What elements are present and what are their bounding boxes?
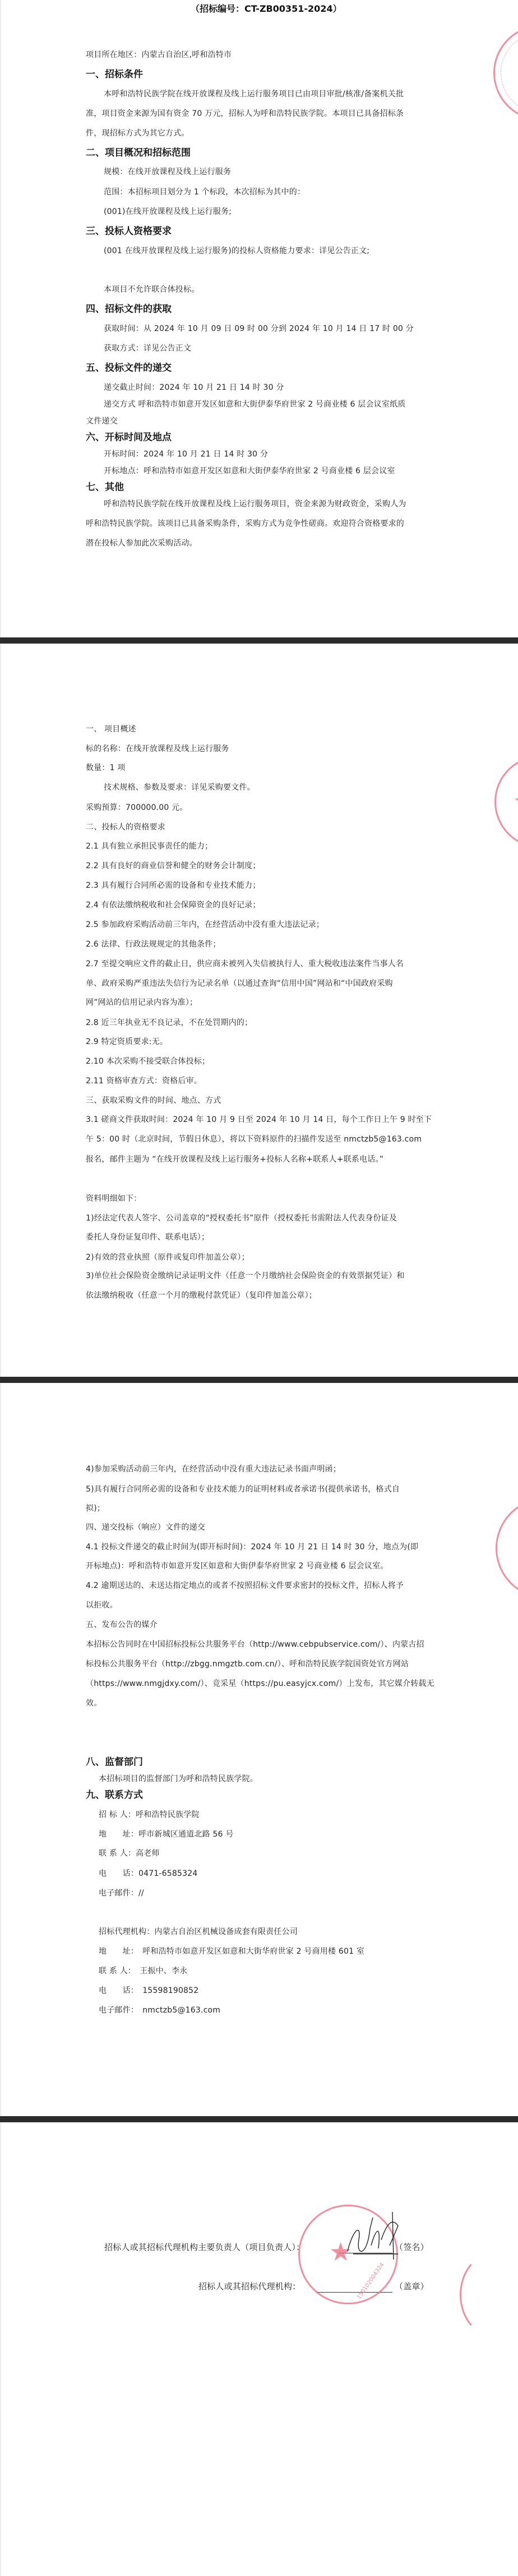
section-heading-other: 七、其他 xyxy=(86,481,124,493)
official-seal-icon xyxy=(496,1498,518,1599)
quantity: 数量：1 项 xyxy=(86,763,126,773)
material-item: 3)单位社会保险资金缴纳记录证明文件（任意一个月缴纳社会保险资金的有效票据凭证）… xyxy=(86,1271,405,1281)
obtain-time: 获取时间：从 2024 年 10 月 09 日 09 时 00 分到 2024 … xyxy=(104,324,414,334)
paragraph-line: 呼和浩特民族学院。该项目已具备采购条件，采购方式为竞争性磋商。欢迎符合资格要求的 xyxy=(86,519,404,529)
opening-time: 开标时间：2024 年 10 月 21 日 14 时 30 分 xyxy=(104,449,268,459)
qualification-item: 2.4 有依法缴纳税收和社会保障资金的良好记录； xyxy=(86,900,261,910)
section-heading-qualifications: 二、投标人的资格要求 xyxy=(86,822,165,832)
material-item-cont: 依法缴纳税收（任意一个月的缴税付款凭证）（复印件加盖公章）； xyxy=(86,1291,317,1301)
paragraph-line: （https://www.nmgjdxy.com/）、竞采星（https://p… xyxy=(86,1679,434,1689)
paragraph-line: 潜在投标人参加此次采购活动。 xyxy=(86,538,197,548)
qualification-item: 2.8 近三年执业无不良记录，不在处罚期内的； xyxy=(86,1018,252,1028)
section-heading-obtain-documents: 四、招标文件的获取 xyxy=(86,303,172,315)
paragraph-line: 准，项目资金来源为国有资金 70 万元，招标人为呼和浩特民族学院。本项目已具备招… xyxy=(86,109,404,119)
qualification-item: 2.7 至提交响应文件的截止日，供应商未被列入失信被执行人、重大税收违法案件当事… xyxy=(86,959,404,969)
submission-method-cont: 文件递交 xyxy=(86,416,118,426)
qualification-item: 2.3 具有履行合同所必需的设备和专业技术能力； xyxy=(86,881,261,891)
material-item: 4)参加采购活动前三年内，在经营活动中没有重大违法记录书面声明函； xyxy=(86,1464,341,1474)
tenderer-name: 招 标 人：呼和浩特民族学院 xyxy=(99,1810,200,1820)
submission-method: 递交方式 呼和浩特市如意开发区如意和大街伊泰华府世家 2 号商业楼 6 层会议室… xyxy=(104,399,405,409)
document-page-2: 一、 项目概述 标的名称：在线开放课程及线上运行服务 数量：1 项 技术规格、参… xyxy=(0,644,518,1377)
paragraph-line: 件，现招标方式为其它方式。 xyxy=(86,128,189,138)
paragraph-line: 以拒收。 xyxy=(86,1600,118,1610)
paragraph-line: 报名，邮件主题为 “在线开放课程及线上运行服务+投标人名称+联系人+联系电话。” xyxy=(86,1154,383,1164)
page-divider xyxy=(0,637,518,644)
project-lot: (001)在线开放课程及线上运行服务; xyxy=(104,207,232,217)
materials-heading: 资料明细如下： xyxy=(86,1194,141,1204)
qualification-item: 2.1 具有独立承担民事责任的能力； xyxy=(86,841,212,851)
submission-deadline: 递交截止时间：2024 年 10 月 21 日 14 时 30 分 xyxy=(104,383,284,393)
section-heading-opening: 六、开标时间及地点 xyxy=(86,431,172,444)
section-heading-bidder-qualification: 三、投标人资格要求 xyxy=(86,225,172,237)
agency-name: 招标代理机构：内蒙古自治区机械设备成套有限责任公司 xyxy=(99,1927,298,1937)
qualification-item: 2.10 本次采购不接受联合体投标； xyxy=(86,1056,210,1066)
document-page-1: （招标编号：CT-ZB00351-2024） 项目所在地区：内蒙古自治区,呼和浩… xyxy=(0,0,518,637)
paragraph-line: 午 5：00 时（北京时间，节假日休息），将以下资料原件的扫描件发送至 nmct… xyxy=(86,1134,422,1144)
paragraph-line: 本招标公告同时在中国招标投标公共服务平台（http://www.cebpubse… xyxy=(86,1639,424,1650)
tenderer-email: 电子邮件：// xyxy=(99,1888,144,1898)
official-seal-icon xyxy=(460,2253,518,2337)
qualification-item: 2.6 法律、行政法规规定的其他条件； xyxy=(86,939,221,949)
agency-email: 电子邮件： nmctzb5@163.com xyxy=(99,2005,220,2015)
consortium-note: 本项目不允许联合体投标。 xyxy=(104,285,199,295)
paragraph-line: 标投标公共服务平台（http://zbgg.nmgztb.com.cn/）、呼和… xyxy=(86,1659,409,1669)
material-item: 5)具有履行合同所必需的设备和专业技术能力的证明材料或者承诺书(提供承诺书，格式… xyxy=(86,1484,400,1494)
agency-contact: 联 系 人： 王振中、李永 xyxy=(99,1966,188,1976)
document-page-3: 4)参加采购活动前三年内，在经营活动中没有重大违法记录书面声明函； 5)具有履行… xyxy=(0,1383,518,2116)
supervision-text: 本招标项目的监督部门为呼和浩特民族学院。 xyxy=(99,1774,258,1784)
section-heading-submission: 五、投标文件的递交 xyxy=(86,362,172,374)
qualification-item: 2.11 资格审查方式：资格后审。 xyxy=(86,1076,202,1086)
section-heading-obtain-procurement: 三、获取采购文件的时间、地点、方式 xyxy=(86,1096,221,1106)
page-divider xyxy=(0,1377,518,1383)
paragraph-line: 效。 xyxy=(86,1698,101,1708)
section-heading-media: 五、发布公告的媒介 xyxy=(86,1620,158,1630)
material-item-cont: 委托人身份证复印件、联系电话）； xyxy=(86,1232,209,1242)
technical-spec: 技术规格、参数及要求：详见采购要文件。 xyxy=(104,782,255,793)
section-heading-project-overview: 二、项目概况和招标范围 xyxy=(86,147,191,159)
qualification-item-cont: 单、政府采购严重违法失信行为记录名单（以通过查询“信用中国”网站和“中国政府采购 xyxy=(86,979,393,989)
section-heading-supervision: 八、监督部门 xyxy=(86,1756,143,1768)
budget: 采购预算：700000.00 元。 xyxy=(86,803,188,813)
page-divider xyxy=(0,2116,518,2122)
opening-place: 开标地点：呼和浩特市如意开发区如意和大街伊泰华府世家 2 号商业楼 6 层会议室 xyxy=(104,466,395,476)
subject-name: 标的名称：在线开放课程及线上运行服务 xyxy=(86,744,229,754)
obtain-method: 获取方式：详见公告正文 xyxy=(104,343,191,353)
section-heading-overview: 一、 项目概述 xyxy=(86,724,136,734)
official-seal-icon xyxy=(493,25,518,120)
material-item: 1)经法定代表人签字、公司盖章的“授权委托书”原件（授权委托书需附法人代表身份证… xyxy=(86,1213,397,1223)
section-heading-submit: 四、递交投标（响应）文件的递交 xyxy=(86,1522,205,1532)
handwritten-signature-icon xyxy=(336,2206,404,2268)
project-scope: 范围：本招标项目划分为 1 个标段，本次招标为其中的： xyxy=(104,187,305,197)
paragraph-line: 4.1 投标文件递交的截止时间为(即开标时间)：2024 年 10 月 21 日… xyxy=(86,1542,418,1552)
paragraph-line: 开标地点)：呼和浩特市如意开发区如意和大街伊泰华府世家 2 号商业楼 6 层会议… xyxy=(86,1561,388,1571)
project-scale: 规模：在线开放课程及线上运行服务 xyxy=(104,167,231,177)
material-item: 2)有效的营业执照（原件或复印件加盖公章）； xyxy=(86,1252,249,1263)
tenderer-contact: 联 系 人：高老师 xyxy=(99,1848,160,1858)
tenderer-phone: 电 话：0471-6585324 xyxy=(99,1869,197,1879)
qualification-item: 2.5 参加政府采购活动前三年内，在经营活动中没有重大违法记录； xyxy=(86,920,324,930)
paragraph-line: 呼和浩特民族学院在线开放课程及线上运行服务项目，资金来源为财政资金，采购人为 xyxy=(104,499,406,509)
section-heading-contact: 九、联系方式 xyxy=(86,1789,143,1801)
material-item-cont: 拟)； xyxy=(86,1503,105,1513)
qualification-item: 2.9 特定资质要求:无。 xyxy=(86,1037,168,1047)
tenderer-address: 地 址：呼市新城区通道北路 56 号 xyxy=(99,1829,234,1839)
qualification-requirement: (001 在线开放课程及线上运行服务)的投标人资格能力要求：详见公告正文; xyxy=(104,246,369,256)
signature-label: 招标人或其招标代理机构主要负责人（项目负责人）： xyxy=(104,2242,304,2252)
seal-star-icon: ★ xyxy=(513,788,518,814)
qualification-item: 2.2 具有良好的商业信誉和健全的财务会计制度； xyxy=(86,861,261,871)
section-heading-tender-conditions: 一、招标条件 xyxy=(86,68,143,81)
project-region: 项目所在地区：内蒙古自治区,呼和浩特市 xyxy=(86,50,232,60)
agency-address: 地 址： 呼和浩特市如意开发区如意和大街华府世家 2 号商用楼 601 室 xyxy=(99,1946,364,1957)
seal-suffix: （盖章） xyxy=(395,2281,429,2291)
paragraph-line: 4.2 逾期送达的、未送达指定地点的或者不按照招标文件要求密封的投标文件，招标人… xyxy=(86,1581,404,1591)
document-page-4: 招标人或其招标代理机构主要负责人（项目负责人）： （签名） 招标人或其招标代理机… xyxy=(0,2122,518,2576)
paragraph-line: 本呼和浩特民族学院在线开放课程及线上运行服务项目已由项目审批/核准/备案机关批 xyxy=(104,89,404,99)
tender-number: （招标编号：CT-ZB00351-2024） xyxy=(191,3,342,15)
official-seal-icon: ★ xyxy=(494,756,518,848)
paragraph-line: 3.1 磋商文件获取时间：2024 年 10 月 9 日至 2024 年 10 … xyxy=(86,1115,432,1125)
agency-phone: 电 话： 15598190852 xyxy=(99,1986,198,1996)
seal-label: 招标人或其招标代理机构： xyxy=(198,2281,300,2291)
qualification-item-cont: 网”网站的信用记录内容为准）； xyxy=(86,998,197,1008)
